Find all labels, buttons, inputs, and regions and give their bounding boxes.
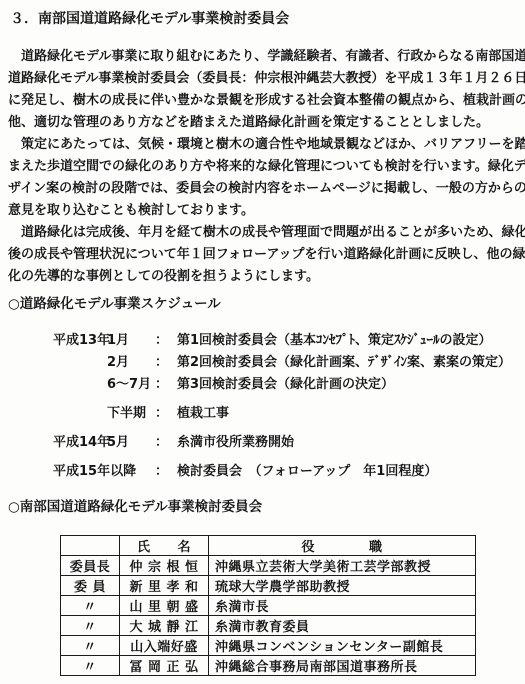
schedule-list: 平成13年 1月 ： 第1回検討委員会（基本ｺﾝｾﾌﾟﾄ、策定ｽｹｼﾞｭｰﾙの設…	[8, 330, 517, 483]
schedule-year	[53, 352, 107, 374]
document-page: ３．南部国道道路緑化モデル事業検討委員会 道路緑化モデル事業に取り組むにあたり、…	[0, 0, 525, 684]
schedule-row: 下半期 ： 植栽工事	[53, 403, 517, 425]
table-row: 〃 山入端好盛 沖縄県コンベンションセンター副館長	[61, 636, 476, 656]
member-position: 沖縄県コンベンションセンター副館長	[209, 636, 476, 656]
schedule-month: 5月	[107, 432, 155, 454]
schedule-colon: ：	[155, 374, 177, 396]
member-role: 委員長	[61, 556, 120, 576]
member-position: 糸満市長	[209, 596, 476, 616]
paragraph-line: 化の先導的な事例としての役割を担うようにします。	[8, 266, 517, 288]
member-name: 冨 岡 正 弘	[120, 656, 209, 676]
paragraph-followup: 道路緑化は完成後、年月を経て樹木の成長や管理面で問題が出ることが多いため、緑化 …	[8, 222, 517, 288]
paragraph-line: に発足し、樹木の成長に伴い豊かな景観を形成する社会資本整備の観点から、植栽計画の	[8, 90, 517, 112]
table-row: 〃 冨 岡 正 弘 沖縄総合事務局南部国道事務所長	[61, 656, 476, 676]
paragraph-line: まえた歩道空間での緑化のあり方や将来的な緑化管理についても検討を行います。緑化デ	[8, 156, 517, 178]
member-name: 山入端好盛	[120, 636, 209, 656]
paragraph-policy: 策定にあたっては、気候・環境と樹木の適合性や地域景観などほか、バリアフリーを踏 …	[8, 134, 517, 222]
table-row: 〃 山 里 朝 盛 糸満市長	[61, 596, 476, 616]
page-title: ３．南部国道道路緑化モデル事業検討委員会	[10, 10, 517, 28]
paragraph-line: 道路緑化は完成後、年月を経て樹木の成長や管理面で問題が出ることが多いため、緑化	[8, 222, 517, 244]
schedule-desc: 第1回検討委員会（基本ｺﾝｾﾌﾟﾄ、策定ｽｹｼﾞｭｰﾙの設定）	[177, 330, 492, 352]
schedule-row: 2月 ： 第2回検討委員会（緑化計画案、ﾃﾞｻﾞｲﾝ案、素案の策定）	[53, 352, 517, 374]
table-header-row: 氏 名 役 職	[61, 536, 476, 556]
paragraph-line: 後の成長や管理状況について年１回フォローアップを行い道路緑化計画に反映し、他の緑	[8, 244, 517, 266]
schedule-colon: ：	[155, 352, 177, 374]
member-position: 琉球大学農学部助教授	[209, 576, 476, 596]
schedule-month: 6～7月	[107, 374, 155, 396]
paragraph-line: ザイン案の検討の段階では、委員会の検討内容をホームページに掲載し、一般の方からの	[8, 178, 517, 200]
schedule-desc: 植栽工事	[177, 403, 229, 425]
member-name: 大 城 靜 江	[120, 616, 209, 636]
member-name: 仲 宗 根 恒	[120, 556, 209, 576]
paragraph-line: 他、適切な管理のあり方などを踏まえた道路緑化計画を策定することとしました。	[8, 112, 517, 134]
schedule-row: 平成14年 5月 ： 糸満市役所業務開始	[53, 432, 517, 454]
member-position: 糸満市教育委員	[209, 616, 476, 636]
table-row: 委員長 仲 宗 根 恒 沖縄県立芸術大学美術工芸学部教授	[61, 556, 476, 576]
paragraph-line: 策定にあたっては、気候・環境と樹木の適合性や地域景観などほか、バリアフリーを踏	[8, 134, 517, 156]
schedule-colon: ：	[155, 461, 177, 483]
committee-heading: ○南部国道道路緑化モデル事業検討委員会	[8, 497, 517, 517]
paragraph-line: 意見を取り込むことも検討しております。	[8, 200, 517, 222]
schedule-year: 平成15年以降	[53, 461, 155, 483]
paragraph-line: 道路緑化モデル事業検討委員会（委員長：仲宗根沖縄芸大教授）を平成１３年１月２６日	[8, 68, 517, 90]
schedule-desc: 糸満市役所業務開始	[177, 432, 294, 454]
schedule-desc: 検討委員会 （フォローアップ 年1回程度）	[177, 461, 437, 483]
header-position: 役 職	[209, 536, 476, 556]
schedule-heading: ○道路緑化モデル事業スケジュール	[8, 294, 517, 314]
table-row: 〃 大 城 靜 江 糸満市教育委員	[61, 616, 476, 636]
schedule-row: 平成13年 1月 ： 第1回検討委員会（基本ｺﾝｾﾌﾟﾄ、策定ｽｹｼﾞｭｰﾙの設…	[53, 330, 517, 352]
member-role: 委 員	[61, 576, 120, 596]
schedule-colon: ：	[155, 403, 177, 425]
schedule-month: 下半期	[107, 403, 155, 425]
member-name: 山 里 朝 盛	[120, 596, 209, 616]
schedule-desc: 第3回検討委員会（緑化計画の決定）	[177, 374, 394, 396]
member-role: 〃	[61, 636, 120, 656]
member-position: 沖縄県立芸術大学美術工芸学部教授	[209, 556, 476, 576]
paragraph-line: 道路緑化モデル事業に取り組むにあたり、学識経験者、有識者、行政からなる南部国道	[8, 46, 517, 68]
header-name: 氏 名	[120, 536, 209, 556]
member-position: 沖縄総合事務局南部国道事務所長	[209, 656, 476, 676]
table-row: 委 員 新 里 孝 和 琉球大学農学部助教授	[61, 576, 476, 596]
schedule-row: 平成15年以降 ： 検討委員会 （フォローアップ 年1回程度）	[53, 461, 517, 483]
header-role	[61, 536, 120, 556]
schedule-desc: 第2回検討委員会（緑化計画案、ﾃﾞｻﾞｲﾝ案、素案の策定）	[177, 352, 511, 374]
schedule-year: 平成14年	[53, 432, 107, 454]
schedule-row: 6～7月 ： 第3回検討委員会（緑化計画の決定）	[53, 374, 517, 396]
schedule-colon: ：	[155, 330, 177, 352]
schedule-month: 1月	[107, 330, 155, 352]
schedule-year: 平成13年	[53, 330, 107, 352]
schedule-year	[53, 374, 107, 396]
schedule-month: 2月	[107, 352, 155, 374]
schedule-year	[53, 403, 107, 425]
paragraph-intro: 道路緑化モデル事業に取り組むにあたり、学識経験者、有識者、行政からなる南部国道 …	[8, 46, 517, 134]
member-name: 新 里 孝 和	[120, 576, 209, 596]
member-role: 〃	[61, 656, 120, 676]
member-role: 〃	[61, 616, 120, 636]
schedule-colon: ：	[155, 432, 177, 454]
committee-table: 氏 名 役 職 委員長 仲 宗 根 恒 沖縄県立芸術大学美術工芸学部教授 委 員…	[60, 535, 476, 676]
member-role: 〃	[61, 596, 120, 616]
